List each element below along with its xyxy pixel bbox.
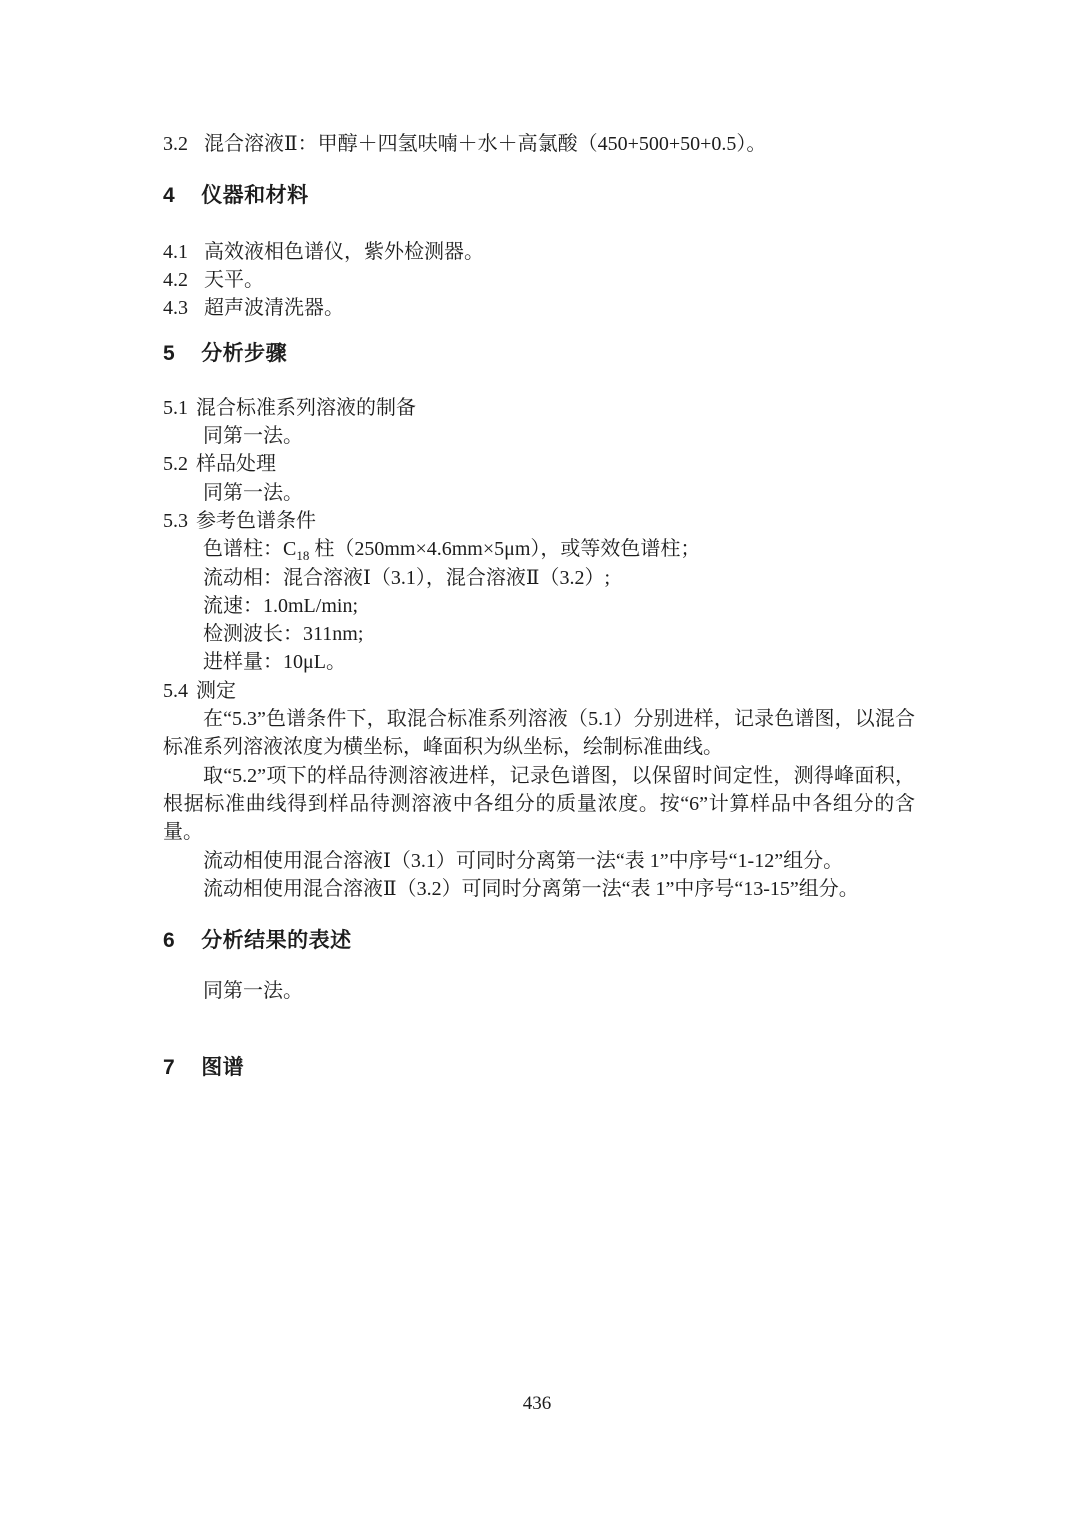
clause-number: 3.2 bbox=[163, 133, 188, 155]
condition-column-suffix: 柱（250mm×4.6mm×5μm），或等效色谱柱； bbox=[309, 538, 700, 560]
section-number: 5 bbox=[163, 342, 175, 365]
clause-5-1-note: 同第一法。 bbox=[163, 422, 915, 450]
page-number: 436 bbox=[0, 1390, 1074, 1418]
clause-4-2: 4.2天平。 bbox=[163, 266, 915, 294]
clause-text: 超声波清洗器。 bbox=[204, 297, 344, 319]
condition-injection-volume: 进样量：10μL。 bbox=[163, 648, 915, 676]
clause-4-3: 4.3超声波清洗器。 bbox=[163, 294, 915, 322]
clause-5-2: 5.2样品处理 bbox=[163, 450, 915, 478]
clause-text: 测定 bbox=[196, 680, 236, 702]
section-heading-4: 4仪器和材料 bbox=[163, 182, 915, 210]
clause-5-3: 5.3参考色谱条件 bbox=[163, 507, 915, 535]
section-number: 6 bbox=[163, 929, 175, 952]
clause-number: 5.4 bbox=[163, 680, 188, 702]
condition-mobile-phase: 流动相：混合溶液Ⅰ（3.1），混合溶液Ⅱ（3.2）; bbox=[163, 564, 915, 592]
clause-text: 样品处理 bbox=[196, 453, 276, 475]
section-title: 图谱 bbox=[201, 1056, 244, 1079]
clause-number: 4.2 bbox=[163, 269, 188, 291]
clause-number: 5.3 bbox=[163, 510, 188, 532]
paragraph-mobile-phase-2: 流动相使用混合溶液Ⅱ（3.2）可同时分离第一法“表 1”中序号“13-15”组分… bbox=[163, 875, 915, 903]
clause-5-4: 5.4测定 bbox=[163, 677, 915, 705]
condition-flow-rate: 流速：1.0mL/min; bbox=[163, 592, 915, 620]
paragraph-calibration: 在“5.3”色谱条件下，取混合标准系列溶液（5.1）分别进样，记录色谱图，以混合… bbox=[163, 705, 915, 762]
section-number: 7 bbox=[163, 1056, 175, 1079]
section-title: 仪器和材料 bbox=[201, 184, 309, 207]
section-title: 分析步骤 bbox=[201, 342, 287, 365]
section-heading-7: 7图谱 bbox=[163, 1054, 915, 1082]
document-content: 3.2混合溶液Ⅱ：甲醇＋四氢呋喃＋水＋高氯酸（450+500+50+0.5）。 … bbox=[163, 130, 915, 1082]
clause-5-2-note: 同第一法。 bbox=[163, 479, 915, 507]
paragraph-mobile-phase-1: 流动相使用混合溶液Ⅰ（3.1）可同时分离第一法“表 1”中序号“1-12”组分。 bbox=[163, 847, 915, 875]
condition-column: 色谱柱：C18 柱（250mm×4.6mm×5μm），或等效色谱柱； bbox=[163, 535, 915, 563]
clause-text: 混合溶液Ⅱ：甲醇＋四氢呋喃＋水＋高氯酸（450+500+50+0.5）。 bbox=[204, 133, 766, 155]
section-heading-5: 5分析步骤 bbox=[163, 340, 915, 368]
clause-4-1: 4.1高效液相色谱仪，紫外检测器。 bbox=[163, 238, 915, 266]
clause-text: 混合标准系列溶液的制备 bbox=[196, 397, 416, 419]
condition-wavelength: 检测波长：311nm; bbox=[163, 620, 915, 648]
document-page: 3.2混合溶液Ⅱ：甲醇＋四氢呋喃＋水＋高氯酸（450+500+50+0.5）。 … bbox=[0, 0, 1074, 1520]
section-6-note: 同第一法。 bbox=[163, 977, 915, 1005]
paragraph-sample: 取“5.2”项下的样品待测溶液进样，记录色谱图，以保留时间定性，测得峰面积，根据… bbox=[163, 762, 915, 847]
clause-number: 5.2 bbox=[163, 453, 188, 475]
clause-text: 高效液相色谱仪，紫外检测器。 bbox=[204, 241, 484, 263]
condition-column-subscript: 18 bbox=[296, 548, 309, 563]
section-heading-6: 6分析结果的表述 bbox=[163, 927, 915, 955]
clause-number: 5.1 bbox=[163, 397, 188, 419]
section-title: 分析结果的表述 bbox=[201, 929, 352, 952]
clause-number: 4.3 bbox=[163, 297, 188, 319]
condition-column-prefix: 色谱柱：C bbox=[203, 538, 296, 560]
clause-3-2: 3.2混合溶液Ⅱ：甲醇＋四氢呋喃＋水＋高氯酸（450+500+50+0.5）。 bbox=[163, 130, 915, 158]
clause-text: 参考色谱条件 bbox=[196, 510, 316, 532]
clause-number: 4.1 bbox=[163, 241, 188, 263]
clause-5-1: 5.1混合标准系列溶液的制备 bbox=[163, 394, 915, 422]
section-number: 4 bbox=[163, 184, 175, 207]
clause-text: 天平。 bbox=[204, 269, 264, 291]
